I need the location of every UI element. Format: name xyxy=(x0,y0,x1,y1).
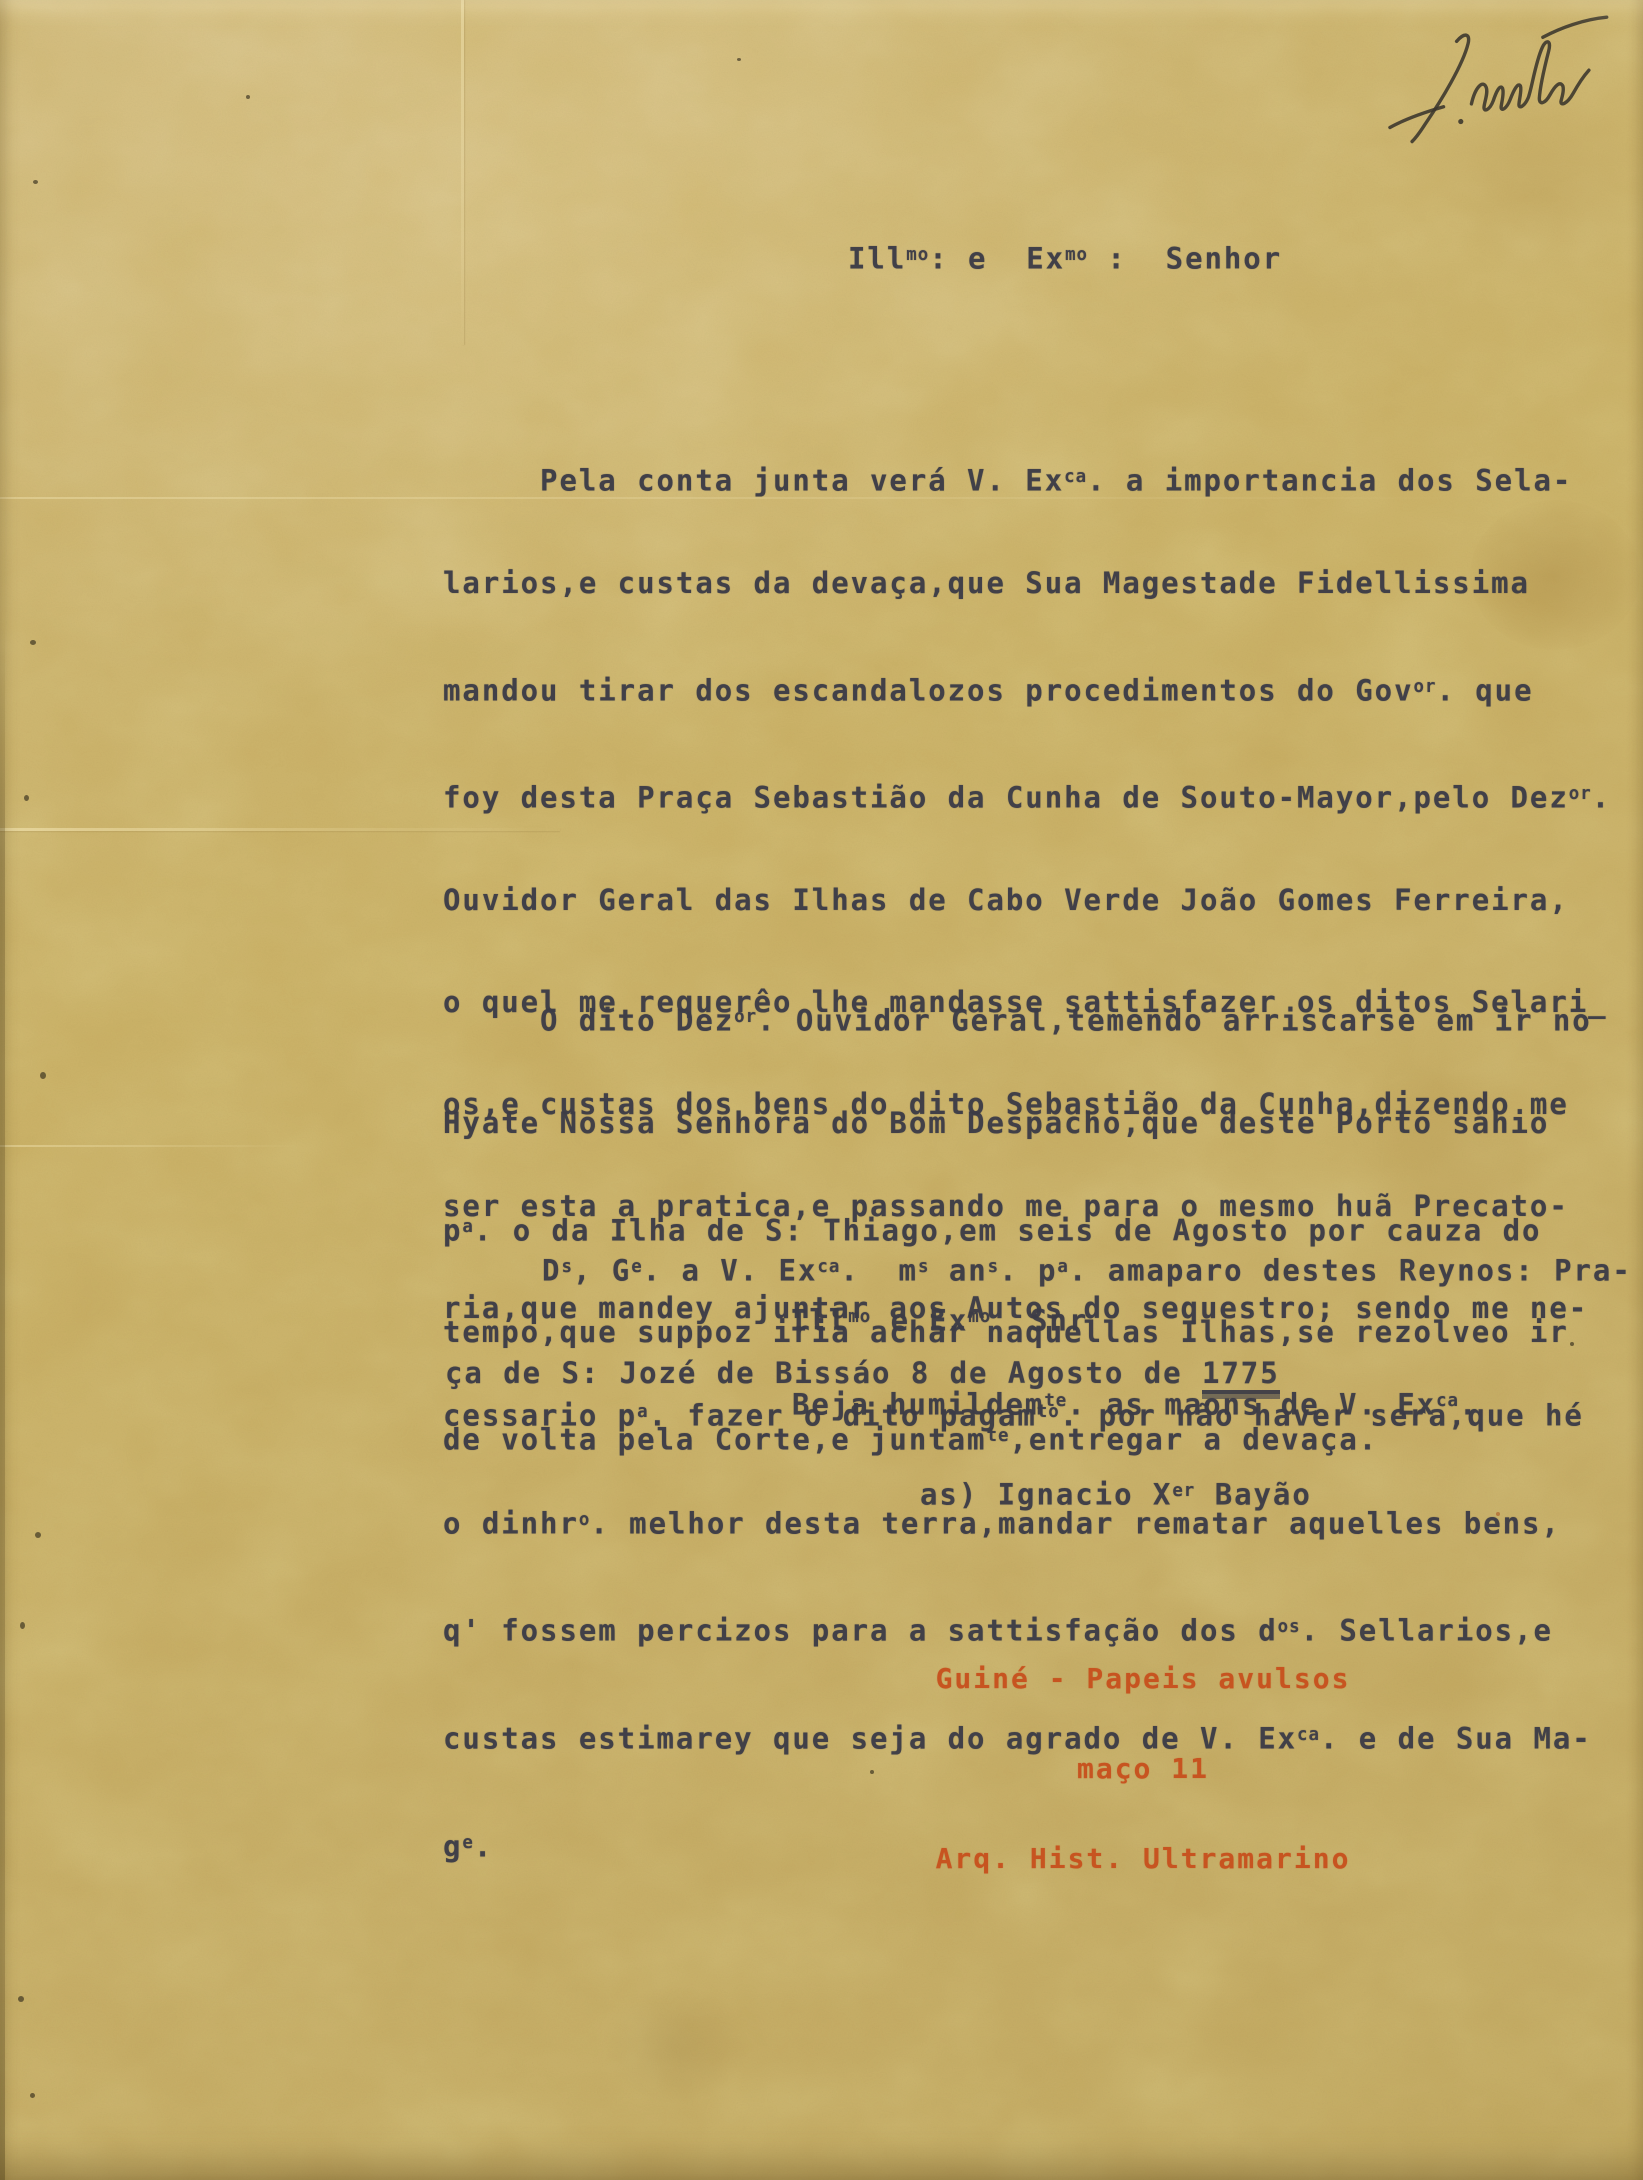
text-line: foy desta Praça Sebastião da Cunha de So… xyxy=(443,775,1611,815)
salutation: Illmo: e Exmo : Senhor xyxy=(848,236,1282,276)
ink-speck xyxy=(18,1996,24,2002)
text-line: Hyate Nossa Senhora do Bom Despacho,que … xyxy=(443,1106,1592,1140)
stamp-line: Arq. Hist. Ultramarino xyxy=(843,1844,1443,1874)
archive-stamp: Guiné - Papeis avulsos maço 11 Arq. Hist… xyxy=(843,1604,1443,1934)
text-line: Ds, Ge. a V. Exca. ms ans. pa. amaparo d… xyxy=(445,1248,1632,1288)
fold-crease-vertical xyxy=(461,0,464,345)
ink-speck xyxy=(24,795,29,801)
typed-signature: as) Ignacio Xer Bayão xyxy=(920,1472,1312,1512)
ink-speck xyxy=(737,58,741,61)
stamp-line: maço 11 xyxy=(843,1754,1443,1784)
fold-crease-lower xyxy=(0,1145,300,1147)
text-line: Ouvidor Geral das Ilhas de Cabo Verde Jo… xyxy=(443,883,1611,917)
handwritten-signature xyxy=(1361,5,1636,165)
ink-speck xyxy=(35,1532,41,1538)
paper-stain xyxy=(600,1985,750,2105)
stamp-line: Guiné - Papeis avulsos xyxy=(843,1664,1443,1694)
ink-speck xyxy=(246,95,250,99)
ink-speck xyxy=(30,2093,35,2098)
text-line: mandou tirar dos escandalozos procedimen… xyxy=(443,668,1611,708)
ink-speck xyxy=(20,1622,25,1629)
ink-speck xyxy=(30,640,36,645)
ink-speck xyxy=(40,1072,46,1079)
ink-speck xyxy=(33,180,38,184)
valediction: Beja humildemte. as maons de V. Exca. xyxy=(792,1382,1478,1422)
closing-salutation: Illmo e Exmo Snr xyxy=(790,1298,1088,1338)
text-line: O dito Dezor. Ouvidor Geral,temendo arri… xyxy=(443,998,1592,1038)
document-page: Illmo: e Exmo : Senhor Pela conta junta … xyxy=(0,0,1643,2180)
scan-edge-shadow xyxy=(0,620,5,2180)
text-line: Pela conta junta verá V. Exca. a importa… xyxy=(443,458,1611,498)
text-line: larios,e custas da devaça,que Sua Magest… xyxy=(443,566,1611,600)
